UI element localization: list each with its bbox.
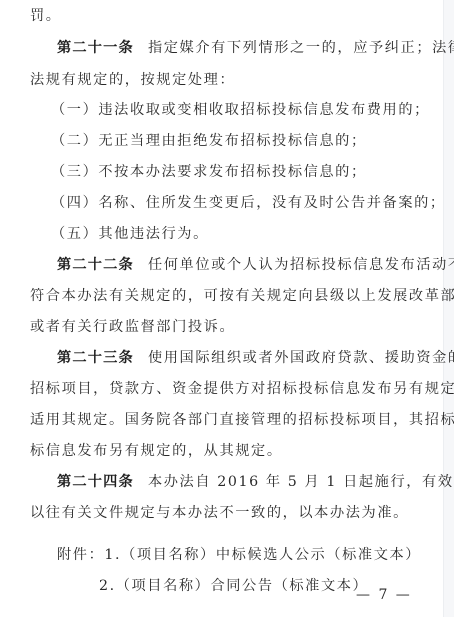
article-text: 使用国际组织或者外国政府贷款、援助资金的	[148, 350, 454, 366]
text-line: 适用其规定。国务院各部门直接管理的招标投标项目，其招标投	[30, 411, 454, 429]
article-heading: 第二十二条	[57, 257, 134, 273]
article-heading: 第二十一条	[57, 40, 134, 56]
attachment-item: 1.（项目名称）中标候选人公示（标准文本）	[104, 547, 421, 563]
list-item: （二）无正当理由拒绝发布招标投标信息的；	[51, 132, 454, 150]
list-item: （四）名称、住所发生变更后，没有及时公告并备案的；	[51, 194, 454, 212]
text-line: 标信息发布另有规定的，从其规定。	[30, 442, 454, 460]
text-line: 符合本办法有关规定的，可按有关规定向县级以上发展改革部门	[30, 287, 454, 305]
list-item: （五）其他违法行为。	[51, 225, 454, 243]
article-text: 任何单位或个人认为招标投标信息发布活动不	[148, 257, 454, 273]
article-23: 第二十三条使用国际组织或者外国政府贷款、援助资金的	[57, 349, 454, 367]
article-24: 第二十四条本办法自 2016 年 5 月 1 日起施行，有效期 5 年。	[57, 473, 454, 491]
article-text: 本办法自 2016 年 5 月 1 日起施行，有效期 5 年。	[148, 474, 454, 490]
text-line: 罚。	[30, 7, 454, 25]
text-line: 以往有关文件规定与本办法不一致的，以本办法为准。	[30, 504, 454, 522]
page-number: — 7 —	[356, 586, 412, 604]
list-item: （三）不按本办法要求发布招标投标信息的；	[51, 163, 454, 181]
article-heading: 第二十四条	[57, 474, 134, 490]
text-line: 法规有规定的，按规定处理：	[30, 71, 454, 89]
text-line: 招标项目，贷款方、资金提供方对招标投标信息发布另有规定的，	[30, 380, 454, 398]
article-heading: 第二十三条	[57, 350, 134, 366]
article-21: 第二十一条指定媒介有下列情形之一的，应予纠正；法律、	[57, 39, 454, 57]
article-22: 第二十二条任何单位或个人认为招标投标信息发布活动不	[57, 256, 454, 274]
text-line: 或者有关行政监督部门投诉。	[30, 318, 454, 336]
article-text: 指定媒介有下列情形之一的，应予纠正；法律、	[148, 40, 454, 56]
list-item: （一）违法收取或变相收取招标投标信息发布费用的；	[51, 101, 454, 119]
attachments-label: 附件：	[57, 547, 104, 563]
page-edge	[443, 0, 454, 617]
attachment-1: 附件：1.（项目名称）中标候选人公示（标准文本）	[57, 546, 454, 564]
